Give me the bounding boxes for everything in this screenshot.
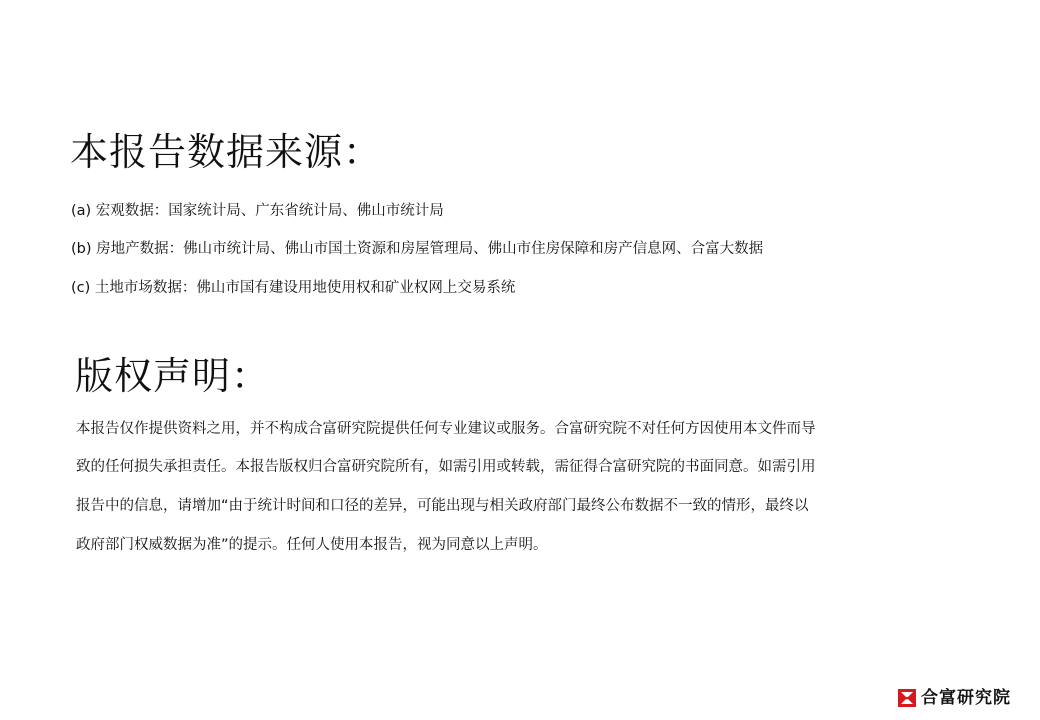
- copyright-text-line: 政府部门权威数据为准”的提示。任何人使用本报告，视为同意以上声明。: [76, 538, 548, 553]
- data-sources-heading: 本报告数据来源：: [70, 133, 382, 171]
- copyright-text-line: 致的任何损失承担责任。本报告版权归合富研究院所有，如需引用或转载，需征得合富研究…: [76, 460, 816, 475]
- source-item-land-market: (c) 土地市场数据：佛山市国有建设用地使用权和矿业权网上交易系统: [71, 281, 515, 296]
- copyright-text-line: 本报告仅作提供资料之用，并不构成合富研究院提供任何专业建议或服务。合富研究院不对…: [76, 422, 816, 437]
- hourglass-logo-icon: [898, 689, 916, 707]
- copyright-heading: 版权声明：: [75, 357, 270, 395]
- copyright-text-line: 报告中的信息，请增加“由于统计时间和口径的差异，可能出现与相关政府部门最终公布数…: [76, 499, 809, 514]
- source-item-macro: (a) 宏观数据：国家统计局、广东省统计局、佛山市统计局: [71, 204, 444, 219]
- footer-brand-logo: 合富研究院: [898, 689, 1011, 707]
- brand-name: 合富研究院: [921, 690, 1011, 707]
- source-item-real-estate: (b) 房地产数据：佛山市统计局、佛山市国土资源和房屋管理局、佛山市住房保障和房…: [71, 242, 763, 257]
